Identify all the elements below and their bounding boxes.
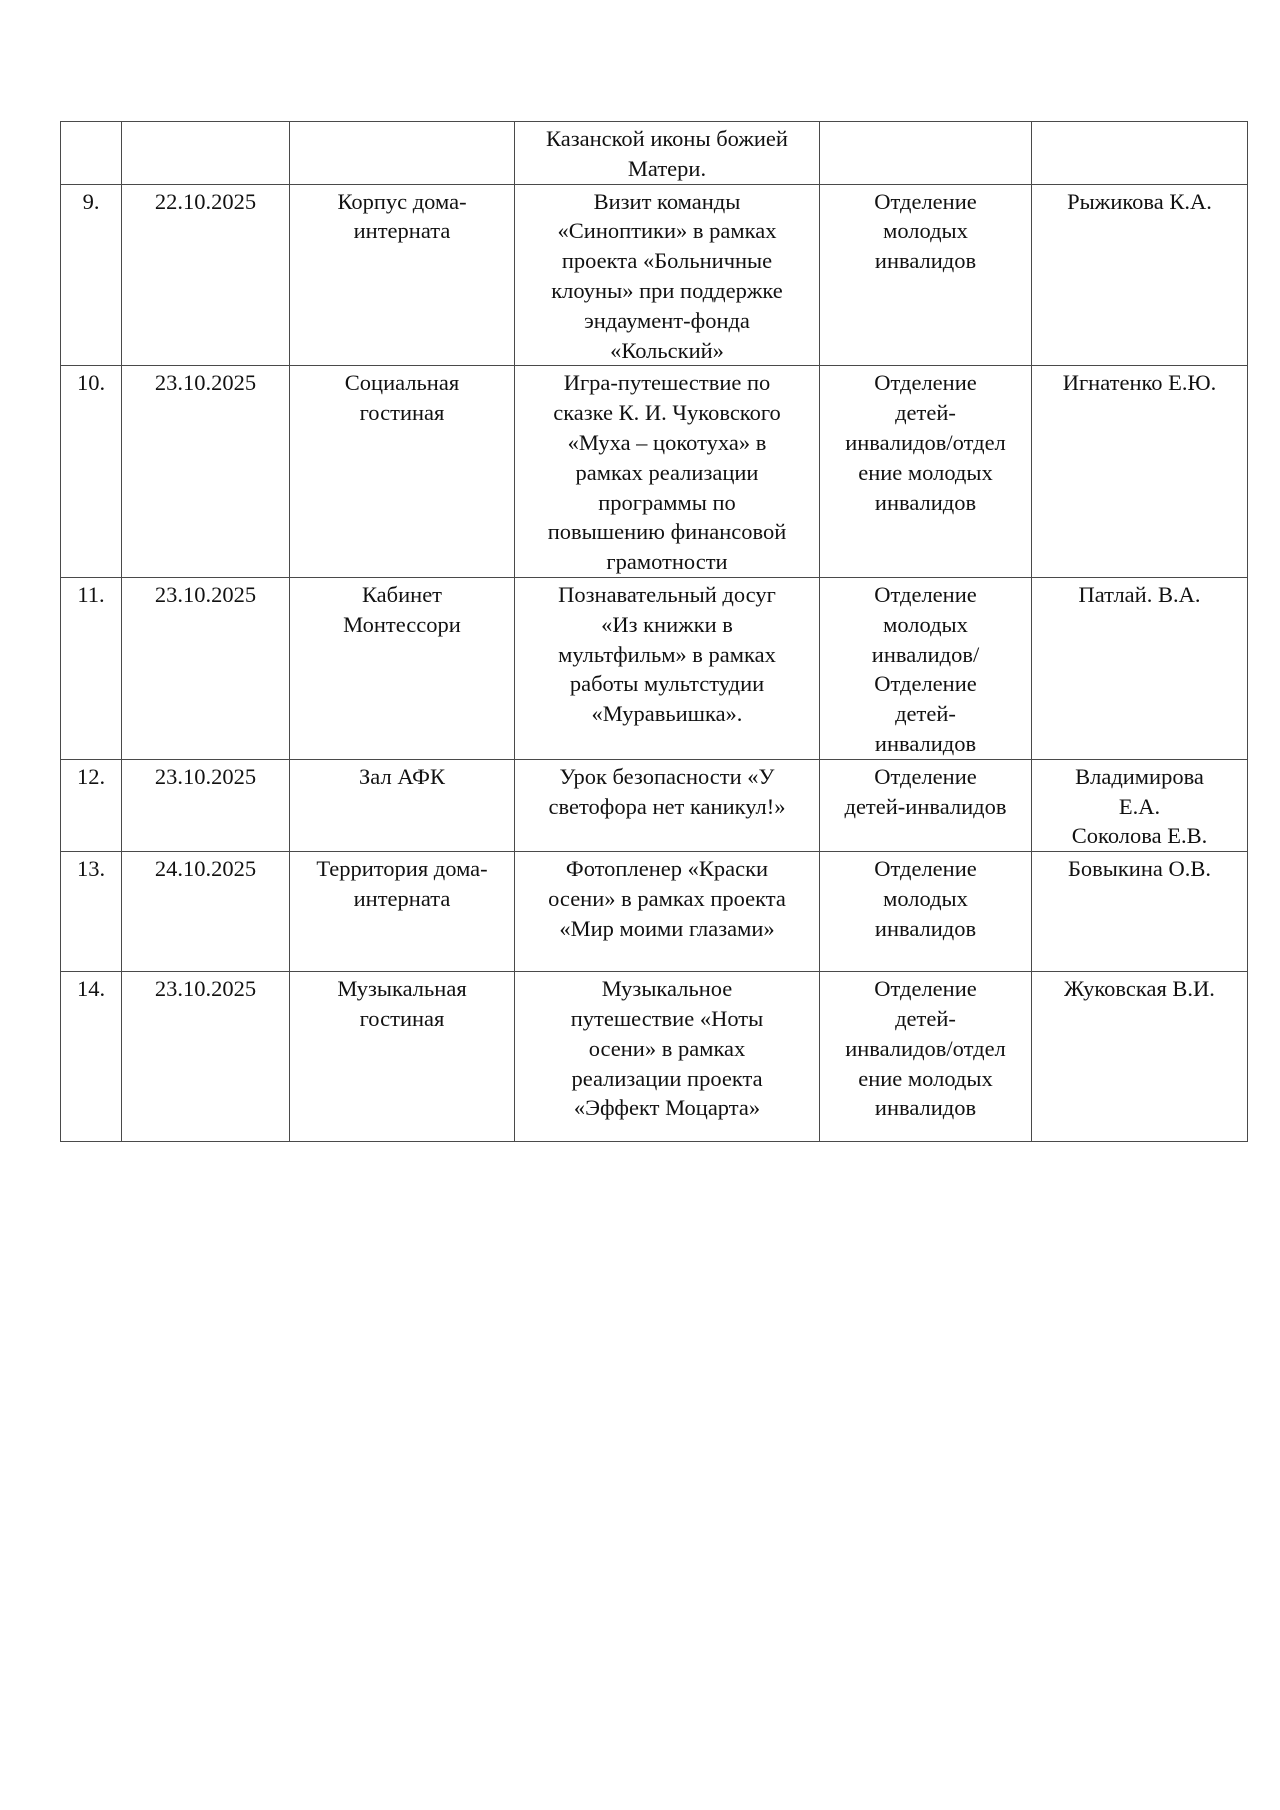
cell-number: 14. [61, 972, 122, 1142]
cell-department: Отделение молодых инвалидов [820, 184, 1032, 366]
cell-responsible: Жуковская В.И. [1032, 972, 1248, 1142]
cell-number: 10. [61, 366, 122, 578]
cell-department: Отделение молодых инвалидов/ Отделение д… [820, 577, 1032, 759]
cell-number: 13. [61, 852, 122, 972]
cell-place: Кабинет Монтессори [290, 577, 515, 759]
cell-event: Визит команды «Синоптики» в рамках проек… [515, 184, 820, 366]
table-row: 11. 23.10.2025 Кабинет Монтессори Познав… [61, 577, 1248, 759]
cell-number: 12. [61, 759, 122, 851]
table-row: 9. 22.10.2025 Корпус дома- интерната Виз… [61, 184, 1248, 366]
cell-place: Музыкальная гостиная [290, 972, 515, 1142]
cell-event: Познавательный досуг «Из книжки в мультф… [515, 577, 820, 759]
cell-event: Урок безопасности «У светофора нет каник… [515, 759, 820, 851]
cell-responsible: Патлай. В.А. [1032, 577, 1248, 759]
cell-number [61, 122, 122, 185]
cell-event: Фотопленер «Краски осени» в рамках проек… [515, 852, 820, 972]
cell-place: Территория дома- интерната [290, 852, 515, 972]
cell-place: Зал АФК [290, 759, 515, 851]
cell-responsible: Рыжикова К.А. [1032, 184, 1248, 366]
cell-place [290, 122, 515, 185]
cell-date: 23.10.2025 [122, 577, 290, 759]
cell-number: 9. [61, 184, 122, 366]
cell-date: 22.10.2025 [122, 184, 290, 366]
cell-department: Отделение молодых инвалидов [820, 852, 1032, 972]
table-row: 10. 23.10.2025 Социальная гостиная Игра-… [61, 366, 1248, 578]
cell-number: 11. [61, 577, 122, 759]
table-row: Казанской иконы божией Матери. [61, 122, 1248, 185]
cell-department [820, 122, 1032, 185]
cell-event: Казанской иконы божией Матери. [515, 122, 820, 185]
cell-date: 23.10.2025 [122, 366, 290, 578]
cell-department: Отделение детей- инвалидов/отдел ение мо… [820, 972, 1032, 1142]
cell-place: Корпус дома- интерната [290, 184, 515, 366]
cell-place: Социальная гостиная [290, 366, 515, 578]
cell-date: 24.10.2025 [122, 852, 290, 972]
cell-date: 23.10.2025 [122, 759, 290, 851]
cell-event: Игра-путешествие по сказке К. И. Чуковск… [515, 366, 820, 578]
document-page: Казанской иконы божией Матери. 9. 22.10.… [0, 0, 1280, 1810]
cell-responsible [1032, 122, 1248, 185]
cell-event: Музыкальное путешествие «Ноты осени» в р… [515, 972, 820, 1142]
cell-responsible: Бовыкина О.В. [1032, 852, 1248, 972]
cell-department: Отделение детей- инвалидов/отдел ение мо… [820, 366, 1032, 578]
cell-responsible: Владимирова Е.А. Соколова Е.В. [1032, 759, 1248, 851]
table-row: 12. 23.10.2025 Зал АФК Урок безопасности… [61, 759, 1248, 851]
cell-department: Отделение детей-инвалидов [820, 759, 1032, 851]
event-schedule-table: Казанской иконы божией Матери. 9. 22.10.… [60, 121, 1248, 1142]
cell-date: 23.10.2025 [122, 972, 290, 1142]
cell-date [122, 122, 290, 185]
cell-responsible: Игнатенко Е.Ю. [1032, 366, 1248, 578]
table-row: 13. 24.10.2025 Территория дома- интернат… [61, 852, 1248, 972]
table-row: 14. 23.10.2025 Музыкальная гостиная Музы… [61, 972, 1248, 1142]
